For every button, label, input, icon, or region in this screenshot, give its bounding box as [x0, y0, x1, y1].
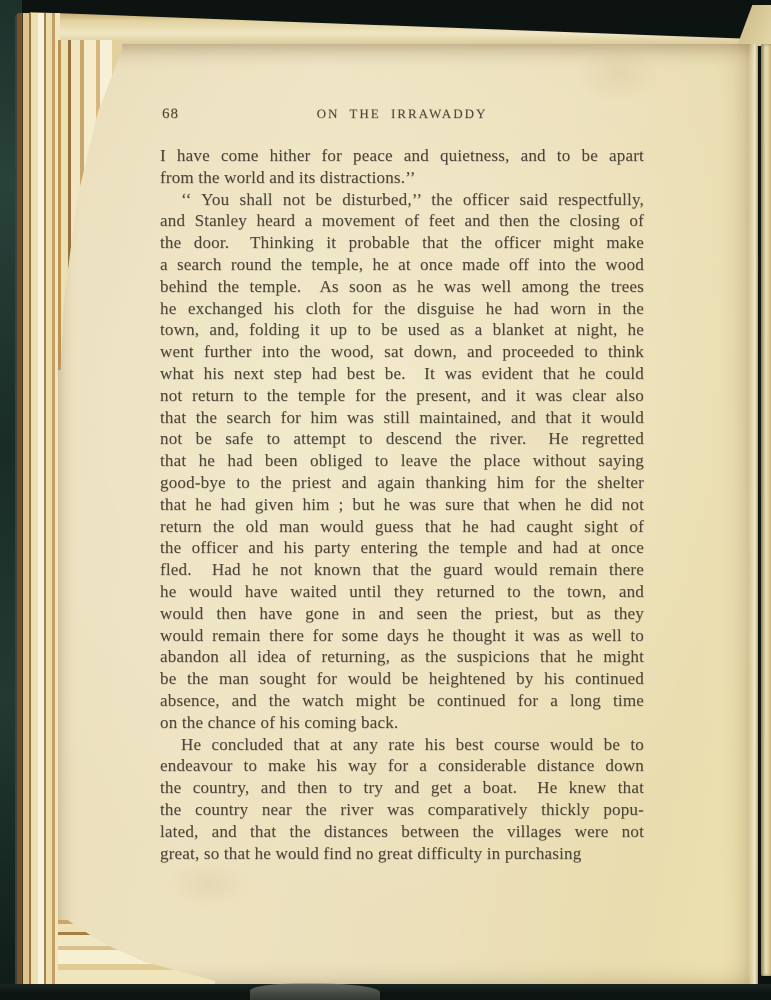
text-line: went further into the wood, sat down, an…	[160, 341, 644, 363]
text-line: great, so that he would find no great di…	[160, 843, 644, 865]
facing-page-sliver	[761, 44, 771, 976]
page-top-edges	[30, 10, 748, 46]
paragraph: ‘‘ You shall not be disturbed,’’ the off…	[160, 189, 644, 734]
text-line: not be safe to attempt to descend the ri…	[160, 428, 644, 450]
text-line: would remain there for some days he thou…	[160, 625, 644, 647]
page-corner-sliver	[737, 5, 771, 46]
text-line: not return to the temple for the present…	[160, 385, 644, 407]
text-line: I have come hither for peace and quietne…	[160, 145, 644, 167]
book-page: 68 ON THE IRRAWADDY I have come hither f…	[58, 44, 758, 990]
text-line: a search round the temple, he at once ma…	[160, 254, 644, 276]
page-edge-strips	[15, 13, 60, 991]
text-line: the country near the river was comparati…	[160, 799, 644, 821]
gutter-fold-highlight	[748, 44, 758, 990]
text-line: fled. Had he not known that the guard wo…	[160, 559, 644, 581]
book-clamp	[250, 983, 380, 1000]
text-line: he would have waited until they returned…	[160, 581, 644, 603]
text-line: abandon all idea of returning, as the su…	[160, 646, 644, 668]
text-line: from the world and its distractions.’’	[160, 167, 644, 189]
text-line: the officer and his party entering the t…	[160, 537, 644, 559]
running-title: ON THE IRRAWADDY	[160, 106, 644, 122]
bottom-dark-band	[0, 984, 771, 1000]
text-line: absence, and the watch might be continue…	[160, 690, 644, 712]
text-line: the country, and then to try and get a b…	[160, 777, 644, 799]
text-line: on the chance of his coming back.	[160, 712, 644, 734]
text-line: he exchanged his cloth for the disguise …	[160, 298, 644, 320]
text-block: I have come hither for peace and quietne…	[160, 145, 644, 864]
text-line: behind the temple. As soon as he was wel…	[160, 276, 644, 298]
running-head: 68 ON THE IRRAWADDY	[160, 106, 644, 124]
text-line: and Stanley heard a movement of feet and…	[160, 210, 644, 232]
paragraph: He concluded that at any rate his best c…	[160, 734, 644, 865]
paragraph: I have come hither for peace and quietne…	[160, 145, 644, 189]
text-line: lated, and that the distances between th…	[160, 821, 644, 843]
text-line: that the search for him was still mainta…	[160, 407, 644, 429]
text-line: the door. Thinking it probable that the …	[160, 232, 644, 254]
text-line: be the man sought for would be heightene…	[160, 668, 644, 690]
text-line: that he had been obliged to leave the pl…	[160, 450, 644, 472]
scanned-book-photo: 68 ON THE IRRAWADDY I have come hither f…	[0, 0, 771, 1000]
text-line: ‘‘ You shall not be disturbed,’’ the off…	[160, 189, 644, 211]
text-line: return the old man would guess that he h…	[160, 516, 644, 538]
text-line: would then have gone in and seen the pri…	[160, 603, 644, 625]
page-number: 68	[162, 106, 179, 123]
text-line: that he had given him ; but he was sure …	[160, 494, 644, 516]
text-line: town, and, folding it up to be used as a…	[160, 319, 644, 341]
text-line: what his next step had best be. It was e…	[160, 363, 644, 385]
text-line: good-bye to the priest and again thankin…	[160, 472, 644, 494]
text-line: He concluded that at any rate his best c…	[160, 734, 644, 756]
text-line: endeavour to make his way for a consider…	[160, 755, 644, 777]
